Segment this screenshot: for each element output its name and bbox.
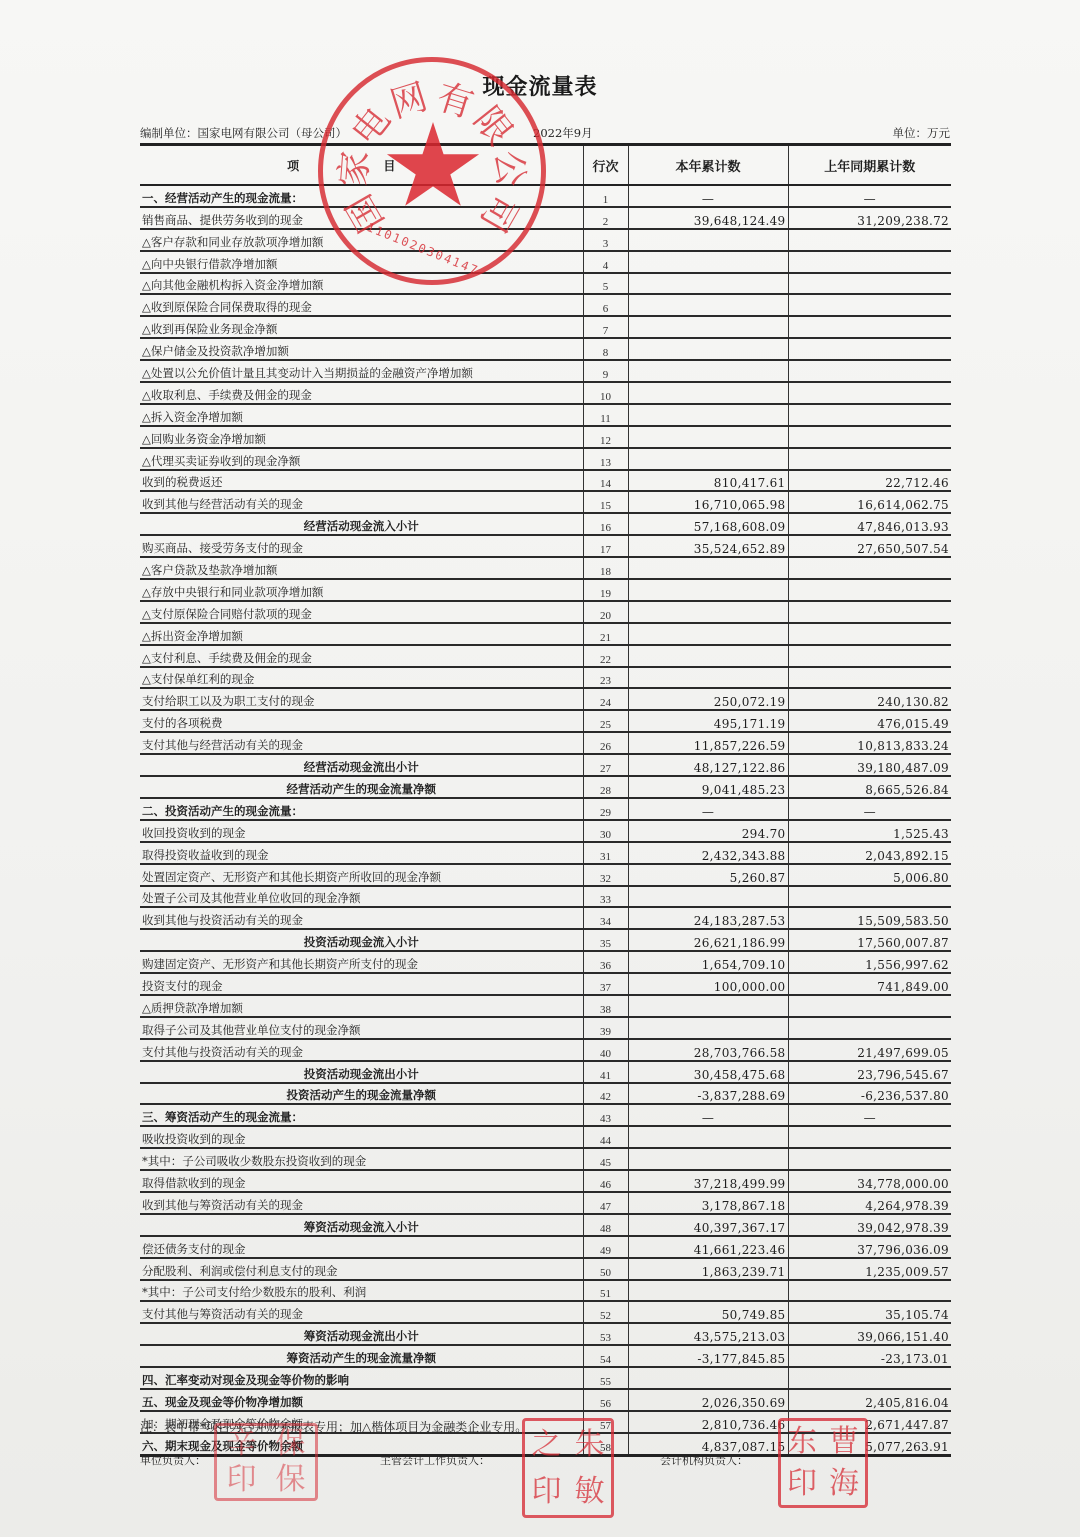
row-current-value: 3,178,867.18	[628, 1192, 788, 1214]
signer-unit-head: 单位负责人：	[140, 1452, 206, 1468]
document-meta: 编制单位：国家电网有限公司（母公司） 2022年9月 单位：万元	[140, 125, 950, 145]
row-item-label: 支付给职工以及为职工支付的现金	[140, 688, 583, 710]
row-line-number: 36	[583, 951, 628, 973]
row-current-value: -3,837,288.69	[628, 1083, 788, 1105]
row-item-label: 吸收投资收到的现金	[140, 1126, 583, 1148]
row-current-value	[628, 579, 788, 601]
row-line-number: 46	[583, 1170, 628, 1192]
row-current-value: 16,710,065.98	[628, 491, 788, 513]
row-previous-value: 15,509,583.50	[788, 907, 951, 929]
row-item-label: 收到其他与经营活动有关的现金	[140, 491, 583, 513]
row-current-value: -3,177,845.85	[628, 1345, 788, 1367]
row-item-label: 分配股利、利润或偿付利息支付的现金	[140, 1258, 583, 1280]
table-row: △保户储金及投资款净增加额8	[140, 338, 951, 360]
row-current-value	[628, 426, 788, 448]
table-row: △回购业务资金净增加额12	[140, 426, 951, 448]
table-row: 收到其他与投资活动有关的现金3424,183,287.5315,509,583.…	[140, 907, 951, 929]
row-previous-value: 476,015.49	[788, 710, 951, 732]
row-line-number: 44	[583, 1126, 628, 1148]
row-line-number: 37	[583, 973, 628, 995]
table-row: △客户存款和同业存放款项净增加额3	[140, 229, 951, 251]
row-previous-value: 22,712.46	[788, 470, 951, 492]
row-line-number: 42	[583, 1083, 628, 1105]
table-row: △处置以公允价值计量且其变动计入当期损益的金融资产净增加额9	[140, 360, 951, 382]
row-previous-value: 2,405,816.04	[788, 1389, 951, 1411]
row-item-label: 支付其他与筹资活动有关的现金	[140, 1301, 583, 1323]
row-line-number: 24	[583, 688, 628, 710]
signer-accounting-head: 会计机构负责人：	[660, 1452, 748, 1468]
table-row: 筹资活动现金流入小计4840,397,367.1739,042,978.39	[140, 1214, 951, 1236]
row-previous-value: 31,209,238.72	[788, 207, 951, 229]
row-current-value	[628, 1017, 788, 1039]
row-current-value	[628, 382, 788, 404]
table-row: △代理买卖证券收到的现金净额13	[140, 448, 951, 470]
table-row: △向中央银行借款净增加额4	[140, 251, 951, 273]
row-current-value: 35,524,652.89	[628, 535, 788, 557]
document-page: 现金流量表 编制单位：国家电网有限公司（母公司） 2022年9月 单位：万元 项…	[0, 0, 1080, 1537]
table-row: 收到其他与经营活动有关的现金1516,710,065.9816,614,062.…	[140, 491, 951, 513]
table-row: 筹资活动产生的现金流量净额54-3,177,845.85-23,173.01	[140, 1345, 951, 1367]
row-item-label: 筹资活动现金流入小计	[140, 1214, 583, 1236]
row-current-value: 294.70	[628, 820, 788, 842]
row-item-label: *其中：子公司吸收少数股东投资收到的现金	[140, 1148, 583, 1170]
row-line-number: 4	[583, 251, 628, 273]
row-item-label: 投资活动产生的现金流量净额	[140, 1083, 583, 1105]
row-current-value: 2,432,343.88	[628, 842, 788, 864]
table-row: 五、现金及现金等价物净增加额562,026,350.692,405,816.04	[140, 1389, 951, 1411]
currency-unit: 单位：万元	[893, 125, 951, 141]
row-previous-value	[788, 1126, 951, 1148]
row-current-value: —	[628, 798, 788, 820]
row-current-value: 100,000.00	[628, 973, 788, 995]
row-item-label: 投资活动现金流入小计	[140, 929, 583, 951]
row-previous-value	[788, 1367, 951, 1389]
row-previous-value: —	[788, 185, 951, 207]
header-line: 行次	[583, 145, 628, 186]
row-previous-value: 16,614,062.75	[788, 491, 951, 513]
table-row: 收到的税费返还14810,417.6122,712.46	[140, 470, 951, 492]
row-item-label: △存放中央银行和同业款项净增加额	[140, 579, 583, 601]
row-line-number: 5	[583, 273, 628, 295]
table-row: 投资活动现金流出小计4130,458,475.6823,796,545.67	[140, 1061, 951, 1083]
table-row: 取得子公司及其他营业单位支付的现金净额39	[140, 1017, 951, 1039]
row-item-label: △处置以公允价值计量且其变动计入当期损益的金融资产净增加额	[140, 360, 583, 382]
row-line-number: 16	[583, 513, 628, 535]
cash-flow-table: 项 目 行次 本年累计数 上年同期累计数 一、经营活动产生的现金流量：1——销售…	[140, 143, 951, 1457]
row-item-label: 收回投资收到的现金	[140, 820, 583, 842]
row-line-number: 13	[583, 448, 628, 470]
row-item-label: △支付保单红利的现金	[140, 667, 583, 689]
row-line-number: 33	[583, 886, 628, 908]
row-item-label: 经营活动现金流入小计	[140, 513, 583, 535]
row-current-value: 41,661,223.46	[628, 1236, 788, 1258]
row-previous-value	[788, 338, 951, 360]
table-row: 取得投资收益收到的现金312,432,343.882,043,892.15	[140, 842, 951, 864]
row-item-label: 投资活动现金流出小计	[140, 1061, 583, 1083]
row-item-label: △向中央银行借款净增加额	[140, 251, 583, 273]
table-row: 支付的各项税费25495,171.19476,015.49	[140, 710, 951, 732]
row-current-value	[628, 886, 788, 908]
table-row: 投资支付的现金37100,000.00741,849.00	[140, 973, 951, 995]
row-previous-value	[788, 448, 951, 470]
row-current-value: 9,041,485.23	[628, 776, 788, 798]
row-current-value: 2,026,350.69	[628, 1389, 788, 1411]
header-item: 项 目	[140, 145, 583, 186]
row-line-number: 41	[583, 1061, 628, 1083]
row-current-value	[628, 229, 788, 251]
table-row: 偿还债务支付的现金4941,661,223.4637,796,036.09	[140, 1236, 951, 1258]
row-line-number: 31	[583, 842, 628, 864]
row-previous-value	[788, 273, 951, 295]
row-previous-value: 2,043,892.15	[788, 842, 951, 864]
row-item-label: 支付其他与投资活动有关的现金	[140, 1039, 583, 1061]
row-line-number: 34	[583, 907, 628, 929]
table-row: △收取利息、手续费及佣金的现金10	[140, 382, 951, 404]
row-current-value: 250,072.19	[628, 688, 788, 710]
row-line-number: 50	[583, 1258, 628, 1280]
row-item-label: △代理买卖证券收到的现金净额	[140, 448, 583, 470]
row-line-number: 9	[583, 360, 628, 382]
row-previous-value: 39,042,978.39	[788, 1214, 951, 1236]
row-line-number: 49	[583, 1236, 628, 1258]
table-row: 投资活动产生的现金流量净额42-3,837,288.69-6,236,537.8…	[140, 1083, 951, 1105]
table-row: 分配股利、利润或偿付利息支付的现金501,863,239.711,235,009…	[140, 1258, 951, 1280]
table-row: △收到原保险合同保费取得的现金6	[140, 294, 951, 316]
row-current-value	[628, 601, 788, 623]
row-item-label: △拆出资金净增加额	[140, 623, 583, 645]
row-previous-value: -6,236,537.80	[788, 1083, 951, 1105]
report-period: 2022年9月	[533, 125, 593, 141]
row-item-label: △客户贷款及垫款净增加额	[140, 557, 583, 579]
row-current-value: 24,183,287.53	[628, 907, 788, 929]
table-row: 支付其他与经营活动有关的现金2611,857,226.5910,813,833.…	[140, 732, 951, 754]
row-item-label: 收到其他与筹资活动有关的现金	[140, 1192, 583, 1214]
row-previous-value	[788, 426, 951, 448]
row-current-value	[628, 273, 788, 295]
table-row: △客户贷款及垫款净增加额18	[140, 557, 951, 579]
row-current-value: 57,168,608.09	[628, 513, 788, 535]
table-row: △质押贷款净增加额38	[140, 995, 951, 1017]
table-body: 一、经营活动产生的现金流量：1——销售商品、提供劳务收到的现金239,648,1…	[140, 185, 951, 1455]
signer-accounting-supervisor: 主管会计工作负责人：	[380, 1452, 490, 1468]
table-row: 处置固定资产、无形资产和其他长期资产所收回的现金净额325,260.875,00…	[140, 864, 951, 886]
row-line-number: 35	[583, 929, 628, 951]
document-title: 现金流量表	[0, 70, 1080, 101]
row-item-label: △向其他金融机构拆入资金净增加额	[140, 273, 583, 295]
table-row: 支付其他与筹资活动有关的现金5250,749.8535,105.74	[140, 1301, 951, 1323]
row-line-number: 38	[583, 995, 628, 1017]
row-previous-value: 34,778,000.00	[788, 1170, 951, 1192]
table-row: 支付给职工以及为职工支付的现金24250,072.19240,130.82	[140, 688, 951, 710]
row-item-label: 五、现金及现金等价物净增加额	[140, 1389, 583, 1411]
row-current-value	[628, 623, 788, 645]
row-current-value: 11,857,226.59	[628, 732, 788, 754]
row-item-label: 取得借款收到的现金	[140, 1170, 583, 1192]
row-previous-value	[788, 360, 951, 382]
row-previous-value	[788, 667, 951, 689]
row-current-value	[628, 294, 788, 316]
row-line-number: 53	[583, 1323, 628, 1345]
row-previous-value: 1,235,009.57	[788, 1258, 951, 1280]
row-item-label: 收到的税费返还	[140, 470, 583, 492]
row-line-number: 20	[583, 601, 628, 623]
row-previous-value: 47,846,013.93	[788, 513, 951, 535]
row-current-value	[628, 1280, 788, 1302]
row-previous-value	[788, 1148, 951, 1170]
row-item-label: 一、经营活动产生的现金流量：	[140, 185, 583, 207]
row-line-number: 32	[583, 864, 628, 886]
row-item-label: △收到原保险合同保费取得的现金	[140, 294, 583, 316]
row-previous-value	[788, 557, 951, 579]
table-row: 销售商品、提供劳务收到的现金239,648,124.4931,209,238.7…	[140, 207, 951, 229]
row-previous-value: —	[788, 798, 951, 820]
row-item-label: △支付原保险合同赔付款项的现金	[140, 601, 583, 623]
row-previous-value: 2,671,447.87	[788, 1411, 951, 1433]
row-previous-value: 27,650,507.54	[788, 535, 951, 557]
row-line-number: 1	[583, 185, 628, 207]
row-line-number: 29	[583, 798, 628, 820]
row-line-number: 6	[583, 294, 628, 316]
row-line-number: 17	[583, 535, 628, 557]
table-row: 购建固定资产、无形资产和其他长期资产所支付的现金361,654,709.101,…	[140, 951, 951, 973]
row-previous-value: 21,497,699.05	[788, 1039, 951, 1061]
row-item-label: △回购业务资金净增加额	[140, 426, 583, 448]
table-row: 购买商品、接受劳务支付的现金1735,524,652.8927,650,507.…	[140, 535, 951, 557]
row-item-label: 收到其他与投资活动有关的现金	[140, 907, 583, 929]
row-current-value	[628, 1148, 788, 1170]
row-previous-value	[788, 995, 951, 1017]
row-item-label: 筹资活动产生的现金流量净额	[140, 1345, 583, 1367]
row-line-number: 57	[583, 1411, 628, 1433]
row-item-label: 处置固定资产、无形资产和其他长期资产所收回的现金净额	[140, 864, 583, 886]
row-item-label: 取得子公司及其他营业单位支付的现金净额	[140, 1017, 583, 1039]
row-previous-value: 741,849.00	[788, 973, 951, 995]
row-item-label: 经营活动产生的现金流量净额	[140, 776, 583, 798]
row-line-number: 28	[583, 776, 628, 798]
row-previous-value: 8,665,526.84	[788, 776, 951, 798]
row-line-number: 25	[583, 710, 628, 732]
row-previous-value	[788, 404, 951, 426]
signatories: 单位负责人： 主管会计工作负责人： 会计机构负责人：	[140, 1452, 950, 1482]
table-row: △支付利息、手续费及佣金的现金22	[140, 645, 951, 667]
table-row: 三、筹资活动产生的现金流量：43——	[140, 1104, 951, 1126]
row-previous-value: 37,796,036.09	[788, 1236, 951, 1258]
row-line-number: 45	[583, 1148, 628, 1170]
row-current-value	[628, 316, 788, 338]
row-previous-value: 1,556,997.62	[788, 951, 951, 973]
table-row: 四、汇率变动对现金及现金等价物的影响55	[140, 1367, 951, 1389]
table-row: 吸收投资收到的现金44	[140, 1126, 951, 1148]
row-previous-value	[788, 645, 951, 667]
row-current-value: —	[628, 185, 788, 207]
row-previous-value: -23,173.01	[788, 1345, 951, 1367]
row-current-value	[628, 360, 788, 382]
row-line-number: 26	[583, 732, 628, 754]
row-item-label: △拆入资金净增加额	[140, 404, 583, 426]
row-previous-value	[788, 623, 951, 645]
table-row: 筹资活动现金流出小计5343,575,213.0339,066,151.40	[140, 1323, 951, 1345]
row-item-label: 经营活动现金流出小计	[140, 754, 583, 776]
row-line-number: 10	[583, 382, 628, 404]
row-previous-value	[788, 294, 951, 316]
row-previous-value: 5,006.80	[788, 864, 951, 886]
row-item-label: △客户存款和同业存放款项净增加额	[140, 229, 583, 251]
row-line-number: 27	[583, 754, 628, 776]
row-current-value: 1,654,709.10	[628, 951, 788, 973]
row-item-label: *其中：子公司支付给少数股东的股利、利润	[140, 1280, 583, 1302]
table-row: 二、投资活动产生的现金流量：29——	[140, 798, 951, 820]
row-current-value: 40,397,367.17	[628, 1214, 788, 1236]
row-current-value: 495,171.19	[628, 710, 788, 732]
row-current-value: 48,127,122.86	[628, 754, 788, 776]
row-line-number: 14	[583, 470, 628, 492]
row-line-number: 43	[583, 1104, 628, 1126]
row-item-label: 购建固定资产、无形资产和其他长期资产所支付的现金	[140, 951, 583, 973]
table-row: 支付其他与投资活动有关的现金4028,703,766.5821,497,699.…	[140, 1039, 951, 1061]
row-line-number: 23	[583, 667, 628, 689]
row-current-value: 26,621,186.99	[628, 929, 788, 951]
row-item-label: △收到再保险业务现金净额	[140, 316, 583, 338]
row-item-label: 三、筹资活动产生的现金流量：	[140, 1104, 583, 1126]
row-item-label: 取得投资收益收到的现金	[140, 842, 583, 864]
row-line-number: 39	[583, 1017, 628, 1039]
row-line-number: 48	[583, 1214, 628, 1236]
row-current-value	[628, 251, 788, 273]
row-previous-value: 240,130.82	[788, 688, 951, 710]
footnote: 注：表中带*项目为合并财务报表专用；加△楷体项目为金融类企业专用。	[140, 1418, 527, 1435]
row-current-value: 5,260.87	[628, 864, 788, 886]
table-row: △拆入资金净增加额11	[140, 404, 951, 426]
row-line-number: 12	[583, 426, 628, 448]
row-previous-value: 10,813,833.24	[788, 732, 951, 754]
row-previous-value: 23,796,545.67	[788, 1061, 951, 1083]
row-current-value	[628, 1126, 788, 1148]
table-row: 一、经营活动产生的现金流量：1——	[140, 185, 951, 207]
row-line-number: 11	[583, 404, 628, 426]
row-previous-value: 35,105.74	[788, 1301, 951, 1323]
row-item-label: 销售商品、提供劳务收到的现金	[140, 207, 583, 229]
row-item-label: △保户储金及投资款净增加额	[140, 338, 583, 360]
row-previous-value: —	[788, 1104, 951, 1126]
row-current-value	[628, 338, 788, 360]
row-current-value: 37,218,499.99	[628, 1170, 788, 1192]
row-current-value: 1,863,239.71	[628, 1258, 788, 1280]
row-current-value	[628, 404, 788, 426]
table-row: 经营活动现金流出小计2748,127,122.8639,180,487.09	[140, 754, 951, 776]
table-row: △支付原保险合同赔付款项的现金20	[140, 601, 951, 623]
row-previous-value	[788, 886, 951, 908]
row-previous-value: 39,066,151.40	[788, 1323, 951, 1345]
row-previous-value	[788, 382, 951, 404]
row-previous-value	[788, 1017, 951, 1039]
row-current-value: 39,648,124.49	[628, 207, 788, 229]
table-row: △向其他金融机构拆入资金净增加额5	[140, 273, 951, 295]
table-row: *其中：子公司支付给少数股东的股利、利润51	[140, 1280, 951, 1302]
table-header-row: 项 目 行次 本年累计数 上年同期累计数	[140, 145, 951, 186]
row-current-value	[628, 645, 788, 667]
row-current-value: 2,810,736.46	[628, 1411, 788, 1433]
row-item-label: 支付的各项税费	[140, 710, 583, 732]
row-line-number: 30	[583, 820, 628, 842]
row-line-number: 8	[583, 338, 628, 360]
row-previous-value	[788, 601, 951, 623]
row-line-number: 21	[583, 623, 628, 645]
row-line-number: 40	[583, 1039, 628, 1061]
row-line-number: 55	[583, 1367, 628, 1389]
row-current-value: 28,703,766.58	[628, 1039, 788, 1061]
row-previous-value: 39,180,487.09	[788, 754, 951, 776]
row-line-number: 51	[583, 1280, 628, 1302]
row-current-value	[628, 995, 788, 1017]
row-line-number: 19	[583, 579, 628, 601]
row-line-number: 52	[583, 1301, 628, 1323]
row-item-label: 处置子公司及其他营业单位收回的现金净额	[140, 886, 583, 908]
row-item-label: △质押贷款净增加额	[140, 995, 583, 1017]
row-line-number: 54	[583, 1345, 628, 1367]
row-line-number: 56	[583, 1389, 628, 1411]
row-line-number: 15	[583, 491, 628, 513]
row-current-value: 50,749.85	[628, 1301, 788, 1323]
row-item-label: 购买商品、接受劳务支付的现金	[140, 535, 583, 557]
row-line-number: 3	[583, 229, 628, 251]
table-row: 收回投资收到的现金30294.701,525.43	[140, 820, 951, 842]
row-previous-value: 4,264,978.39	[788, 1192, 951, 1214]
row-current-value	[628, 1367, 788, 1389]
row-current-value: 810,417.61	[628, 470, 788, 492]
row-item-label: 四、汇率变动对现金及现金等价物的影响	[140, 1367, 583, 1389]
row-previous-value	[788, 1280, 951, 1302]
row-line-number: 2	[583, 207, 628, 229]
row-line-number: 22	[583, 645, 628, 667]
table-row: 经营活动现金流入小计1657,168,608.0947,846,013.93	[140, 513, 951, 535]
row-current-value	[628, 557, 788, 579]
row-current-value: —	[628, 1104, 788, 1126]
table-row: 收到其他与筹资活动有关的现金473,178,867.184,264,978.39	[140, 1192, 951, 1214]
table-row: △收到再保险业务现金净额7	[140, 316, 951, 338]
row-line-number: 18	[583, 557, 628, 579]
row-line-number: 7	[583, 316, 628, 338]
row-item-label: 筹资活动现金流出小计	[140, 1323, 583, 1345]
row-previous-value	[788, 251, 951, 273]
row-current-value: 43,575,213.03	[628, 1323, 788, 1345]
table-row: △拆出资金净增加额21	[140, 623, 951, 645]
row-item-label: 二、投资活动产生的现金流量：	[140, 798, 583, 820]
row-previous-value	[788, 316, 951, 338]
row-previous-value	[788, 229, 951, 251]
row-previous-value: 1,525.43	[788, 820, 951, 842]
row-current-value: 30,458,475.68	[628, 1061, 788, 1083]
row-previous-value: 17,560,007.87	[788, 929, 951, 951]
row-item-label: 偿还债务支付的现金	[140, 1236, 583, 1258]
row-previous-value	[788, 579, 951, 601]
row-item-label: 支付其他与经营活动有关的现金	[140, 732, 583, 754]
table-row: 投资活动现金流入小计3526,621,186.9917,560,007.87	[140, 929, 951, 951]
row-item-label: 投资支付的现金	[140, 973, 583, 995]
row-item-label: △支付利息、手续费及佣金的现金	[140, 645, 583, 667]
preparer-label: 编制单位：国家电网有限公司（母公司）	[140, 125, 347, 141]
table-row: △存放中央银行和同业款项净增加额19	[140, 579, 951, 601]
row-current-value	[628, 667, 788, 689]
table-row: 经营活动产生的现金流量净额289,041,485.238,665,526.84	[140, 776, 951, 798]
row-current-value	[628, 448, 788, 470]
row-item-label: △收取利息、手续费及佣金的现金	[140, 382, 583, 404]
header-current-ytd: 本年累计数	[628, 145, 788, 186]
table-row: △支付保单红利的现金23	[140, 667, 951, 689]
header-previous-ytd: 上年同期累计数	[788, 145, 951, 186]
row-line-number: 47	[583, 1192, 628, 1214]
table-row: *其中：子公司吸收少数股东投资收到的现金45	[140, 1148, 951, 1170]
table-row: 处置子公司及其他营业单位收回的现金净额33	[140, 886, 951, 908]
